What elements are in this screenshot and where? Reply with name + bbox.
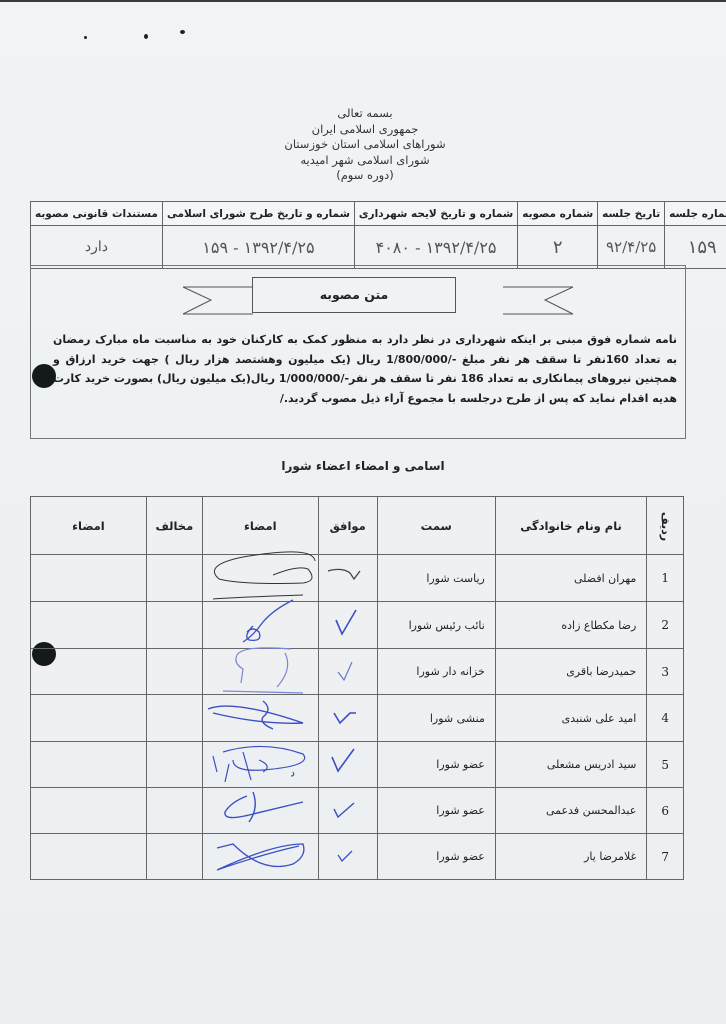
checkmark-icon (320, 789, 376, 829)
signature-icon (203, 555, 321, 602)
member-role: عضو شورا (377, 742, 495, 788)
document-header: بسمه تعالی جمهوری اسلامی ایران شوراهای ا… (250, 106, 480, 184)
oppose-signature (31, 788, 147, 834)
col-legal-basis: مستندات قانونی مصوبه (31, 202, 163, 226)
session-number-value: ۱۵۹ (665, 226, 726, 269)
session-date-value: ۹۲/۴/۲۵ (598, 226, 665, 269)
member-row: 3 حمیدرضا باقری خزانه دار شورا (31, 649, 684, 695)
oppose-mark (146, 649, 202, 695)
oppose-signature (31, 695, 147, 742)
oppose-signature (31, 742, 147, 788)
signature-icon (203, 602, 321, 649)
member-row: 1 مهران افضلی ریاست شورا (31, 555, 684, 602)
member-name: رضا مکطاع زاده (495, 602, 646, 649)
header-line-term: (دوره سوم) (250, 168, 480, 184)
scan-edge (0, 0, 726, 2)
oppose-mark (146, 788, 202, 834)
member-row: 7 غلامرضا یار عضو شورا (31, 834, 684, 880)
col-full-name: نام ونام خانوادگی (495, 497, 646, 555)
oppose-signature (31, 834, 147, 880)
member-row: 2 رضا مکطاع زاده نائب رئیس شورا (31, 602, 684, 649)
member-role: منشی شورا (377, 695, 495, 742)
signature-icon (203, 695, 321, 742)
signature-icon (203, 788, 321, 832)
row-index: 5 (647, 742, 684, 788)
member-name: سید ادریس مشعلی (495, 742, 646, 788)
resolution-title: متن مصوبه (252, 277, 456, 313)
col-agree: موافق (318, 497, 377, 555)
row-index: 4 (647, 695, 684, 742)
checkmark-icon (320, 835, 376, 875)
agree-mark (318, 555, 377, 602)
member-row: 4 امید علی شنبدی منشی شورا (31, 695, 684, 742)
member-role: نائب رئیس شورا (377, 602, 495, 649)
session-info-header-row: شماره جلسه تاریخ جلسه شماره مصوبه شماره … (31, 202, 726, 226)
agree-mark (318, 695, 377, 742)
member-name: حمیدرضا باقری (495, 649, 646, 695)
scan-specks (70, 20, 190, 50)
oppose-mark (146, 602, 202, 649)
member-role: ریاست شورا (377, 555, 495, 602)
council-plan-value: ۱۳۹۲/۴/۲۵ - ۱۵۹ (162, 226, 354, 269)
members-title: اسامی و امضاء اعضاء شورا (0, 459, 726, 473)
oppose-signature (31, 555, 147, 602)
row-index: 7 (647, 834, 684, 880)
agree-mark (318, 602, 377, 649)
row-index: 1 (647, 555, 684, 602)
member-role: عضو شورا (377, 788, 495, 834)
resolution-number-value: ۲ (518, 226, 598, 269)
row-index: 3 (647, 649, 684, 695)
col-session-number: شماره جلسه (665, 202, 726, 226)
agree-mark (318, 834, 377, 880)
members-table: ردیف نام ونام خانوادگی سمت موافق امضاء م… (30, 496, 684, 880)
agree-signature (202, 555, 318, 602)
agree-signature (202, 742, 318, 788)
agree-signature (202, 649, 318, 695)
col-municipality-bill: شماره و تاریخ لایحه شهرداری (354, 202, 517, 226)
signature-icon (203, 649, 321, 695)
agree-mark (318, 742, 377, 788)
agree-signature (202, 695, 318, 742)
legal-basis-value: دارد (31, 226, 163, 269)
oppose-mark (146, 834, 202, 880)
col-session-date: تاریخ جلسه (598, 202, 665, 226)
col-oppose-signature: امضاء (31, 497, 147, 555)
checkmark-icon (320, 743, 376, 783)
oppose-mark (146, 555, 202, 602)
col-row-number: ردیف (647, 497, 684, 555)
resolution-text: نامه شماره فوق مبنی بر اینکه شهرداری در … (53, 330, 677, 408)
checkmark-icon (320, 557, 376, 597)
member-name: غلامرضا یار (495, 834, 646, 880)
checkmark-icon (320, 697, 376, 737)
agree-signature (202, 834, 318, 880)
col-agree-signature: امضاء (202, 497, 318, 555)
header-line-bismillah: بسمه تعالی (250, 106, 480, 122)
member-role: خزانه دار شورا (377, 649, 495, 695)
checkmark-icon (320, 650, 376, 690)
agree-mark (318, 649, 377, 695)
punch-hole (32, 364, 56, 388)
agree-mark (318, 788, 377, 834)
member-name: امید علی شنبدی (495, 695, 646, 742)
col-resolution-number: شماره مصوبه (518, 202, 598, 226)
municipality-bill-value: ۱۳۹۲/۴/۲۵ - ۴۰۸۰ (354, 226, 517, 269)
session-info-table: شماره جلسه تاریخ جلسه شماره مصوبه شماره … (30, 201, 726, 269)
header-line-province: شوراهای اسلامی استان خوزستان (250, 137, 480, 153)
oppose-mark (146, 742, 202, 788)
resolution-box: متن مصوبه نامه شماره فوق مبنی بر اینکه ش… (30, 265, 686, 439)
scanned-document-page: بسمه تعالی جمهوری اسلامی ایران شوراهای ا… (0, 0, 726, 1024)
col-council-plan: شماره و تاریخ طرح شورای اسلامی (162, 202, 354, 226)
member-role: عضو شورا (377, 834, 495, 880)
col-oppose: مخالف (146, 497, 202, 555)
member-row: 5 سید ادریس مشعلی عضو شورا (31, 742, 684, 788)
header-line-city-council: شورای اسلامی شهر امیدیه (250, 153, 480, 169)
agree-signature (202, 788, 318, 834)
member-name: عبدالمحسن فدعمی (495, 788, 646, 834)
agree-signature (202, 602, 318, 649)
oppose-signature (31, 602, 147, 649)
col-position: سمت (377, 497, 495, 555)
row-index: 6 (647, 788, 684, 834)
oppose-mark (146, 695, 202, 742)
signature-icon (203, 834, 321, 879)
member-row: 6 عبدالمحسن فدعمی عضو شورا (31, 788, 684, 834)
member-name: مهران افضلی (495, 555, 646, 602)
row-index: 2 (647, 602, 684, 649)
signature-icon (203, 742, 321, 787)
session-info-value-row: ۱۵۹ ۹۲/۴/۲۵ ۲ ۱۳۹۲/۴/۲۵ - ۴۰۸۰ ۱۳۹۲/۴/۲۵… (31, 226, 726, 269)
checkmark-icon (320, 604, 376, 644)
header-line-country: جمهوری اسلامی ایران (250, 122, 480, 138)
members-header-row: ردیف نام ونام خانوادگی سمت موافق امضاء م… (31, 497, 684, 555)
oppose-signature (31, 649, 147, 695)
